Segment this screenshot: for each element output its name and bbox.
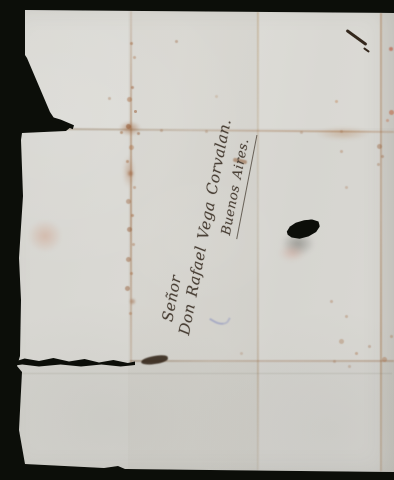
handwritten-address: Señor Don Rafael Vega Corvalan. Buenos A… bbox=[156, 113, 260, 346]
red-stain bbox=[28, 220, 62, 252]
vertical-fold-center bbox=[257, 12, 259, 470]
photo-background: Señor Don Rafael Vega Corvalan. Buenos A… bbox=[0, 0, 394, 480]
rust-stain-smear bbox=[123, 156, 135, 188]
rust-speckles bbox=[0, 0, 3, 3]
vertical-fold-right bbox=[380, 13, 382, 471]
vertical-fold-left bbox=[130, 11, 132, 365]
horizontal-crease-faint bbox=[18, 373, 392, 374]
horizontal-fold-lower bbox=[130, 360, 394, 362]
rust-stain-fold-right bbox=[316, 127, 370, 140]
red-dot-top-right bbox=[389, 47, 393, 51]
ink-slash-dot bbox=[363, 47, 370, 53]
rust-stain-intersection bbox=[119, 121, 141, 136]
hole-pink-halo bbox=[273, 241, 311, 265]
letter-paper: Señor Don Rafael Vega Corvalan. Buenos A… bbox=[0, 0, 394, 480]
ink-slash-mark bbox=[346, 29, 368, 46]
